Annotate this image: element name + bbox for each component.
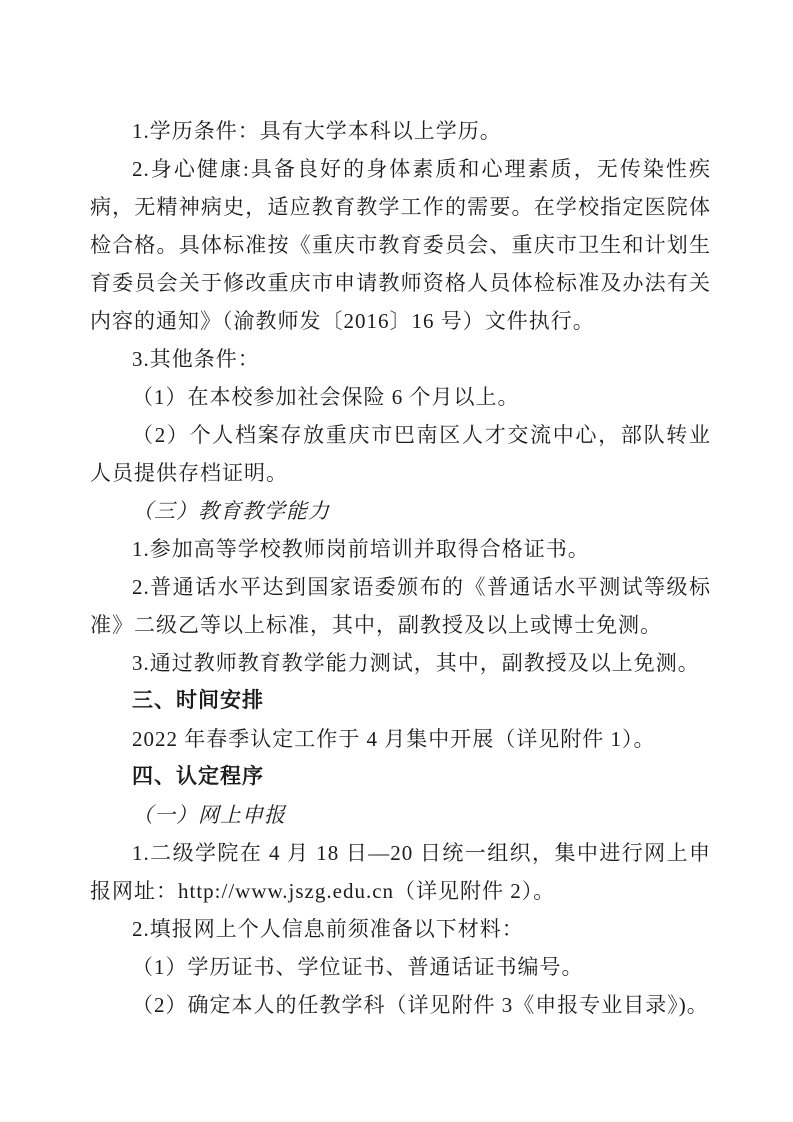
paragraph: 2.填报网上个人信息前须准备以下材料： xyxy=(90,910,711,948)
section-heading: 三、时间安排 xyxy=(90,682,711,720)
subsection-heading: （一）网上申报 xyxy=(90,796,711,834)
subsection-heading: （三）教育教学能力 xyxy=(90,492,711,530)
paragraph: （1）学历证书、学位证书、普通话证书编号。 xyxy=(90,948,711,986)
paragraph: （2）确定本人的任教学科（详见附件 3《申报专业目录》)。 xyxy=(90,986,711,1024)
paragraph: 3.通过教师教育教学能力测试，其中，副教授及以上免测。 xyxy=(90,644,711,682)
paragraph: 1.参加高等学校教师岗前培训并取得合格证书。 xyxy=(90,530,711,568)
document-body: 1.学历条件：具有大学本科以上学历。2.身心健康:具备良好的身体素质和心理素质，… xyxy=(90,112,711,1024)
paragraph: （2）个人档案存放重庆市巴南区人才交流中心，部队转业人员提供存档证明。 xyxy=(90,416,711,492)
section-heading: 四、认定程序 xyxy=(90,758,711,796)
paragraph: （1）在本校参加社会保险 6 个月以上。 xyxy=(90,378,711,416)
paragraph: 3.其他条件： xyxy=(90,340,711,378)
paragraph: 1.学历条件：具有大学本科以上学历。 xyxy=(90,112,711,150)
paragraph: 1.二级学院在 4 月 18 日—20 日统一组织，集中进行网上申报网址：htt… xyxy=(90,834,711,910)
paragraph: 2.身心健康:具备良好的身体素质和心理素质，无传染性疾病，无精神病史，适应教育教… xyxy=(90,150,711,340)
document-page: 1.学历条件：具有大学本科以上学历。2.身心健康:具备良好的身体素质和心理素质，… xyxy=(0,0,793,1122)
paragraph: 2022 年春季认定工作于 4 月集中开展（详见附件 1）。 xyxy=(90,720,711,758)
paragraph: 2.普通话水平达到国家语委颁布的《普通话水平测试等级标准》二级乙等以上标准，其中… xyxy=(90,568,711,644)
